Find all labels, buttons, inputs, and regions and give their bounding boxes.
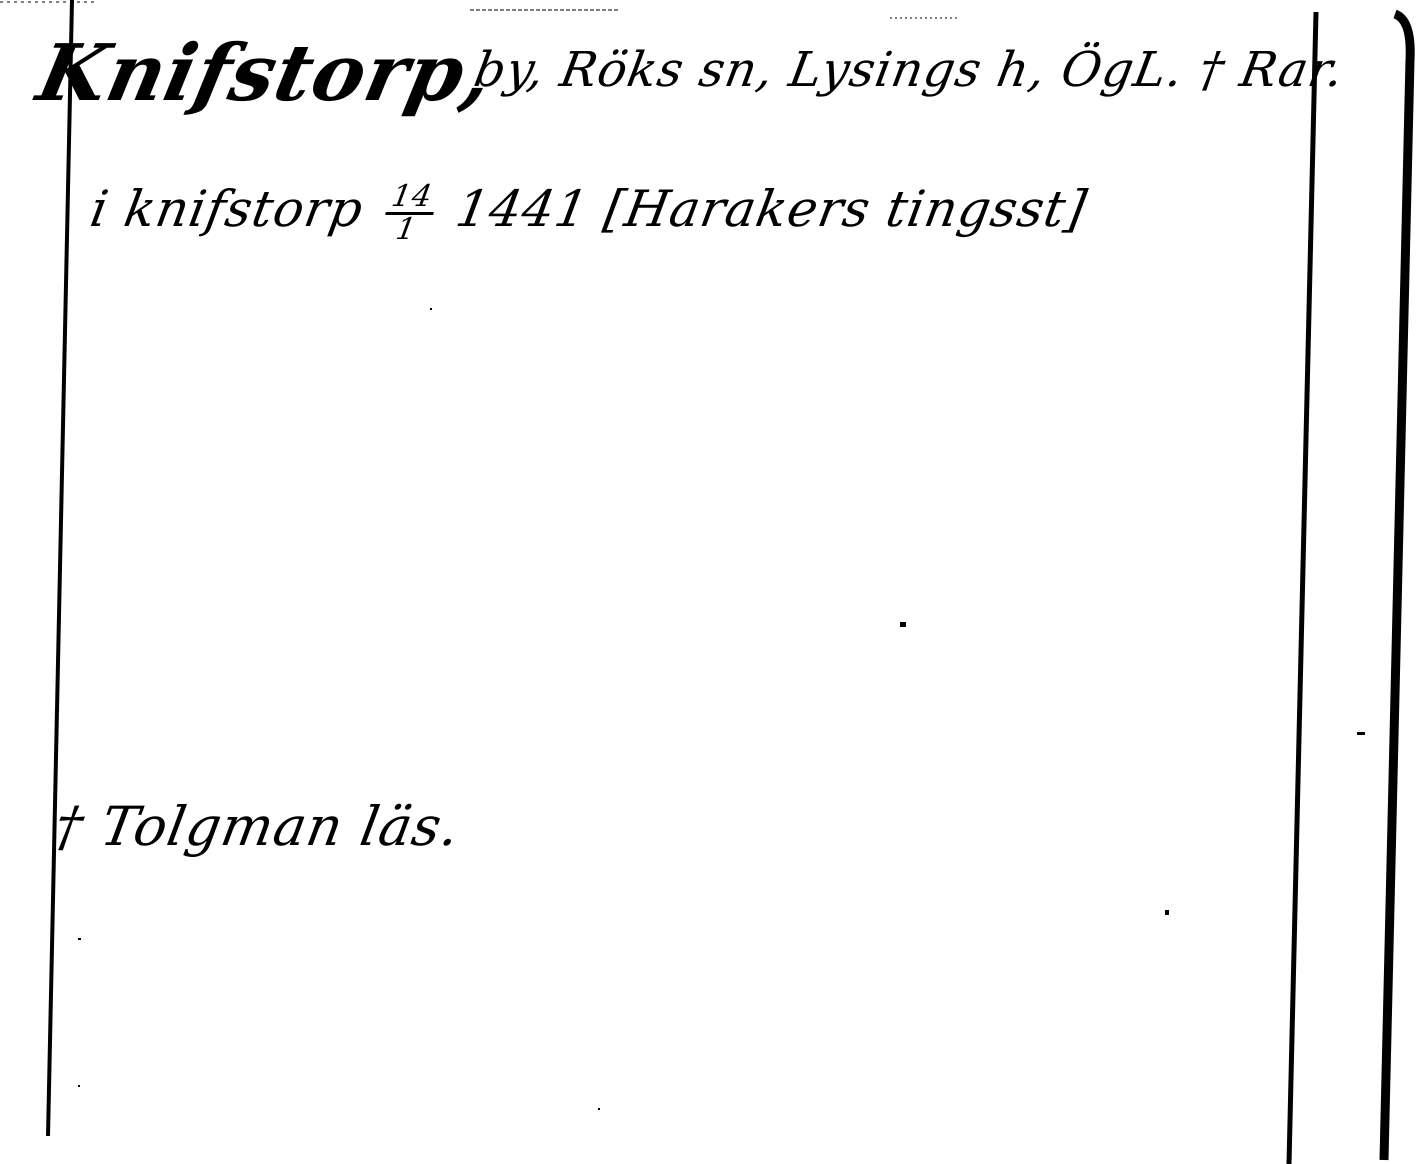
card-source-line: i knifstorp 14 1 1441 [Harakers tingsst]	[85, 180, 1091, 245]
left-margin-rule	[48, 0, 72, 1136]
scan-speck	[900, 622, 906, 627]
scan-speck	[430, 308, 432, 310]
source-date-fraction: 14 1	[380, 182, 439, 245]
scan-speck	[1357, 732, 1365, 735]
card-headword: Knifstorp,	[30, 28, 502, 119]
source-prefix: i knifstorp	[86, 180, 368, 238]
right-card-edge	[1384, 14, 1410, 1160]
scan-speck	[598, 1108, 600, 1110]
source-year: 1441	[452, 180, 593, 238]
scan-speck	[78, 1085, 80, 1087]
date-month: 1	[380, 215, 433, 245]
card-ruling	[0, 0, 1417, 1164]
scan-speck	[78, 938, 81, 940]
index-card: Knifstorp, by, Röks sn, Lysings h, ÖgL. …	[0, 0, 1417, 1164]
right-inner-rule	[1289, 12, 1316, 1164]
card-header-details: by, Röks sn, Lysings h, ÖgL. † Rar.	[470, 42, 1349, 98]
card-footnote: † Tolgman läs.	[50, 795, 465, 858]
scan-speck	[1165, 910, 1169, 915]
source-bracket-note: [Harakers tingsst]	[600, 180, 1091, 238]
date-day: 14	[385, 182, 439, 215]
